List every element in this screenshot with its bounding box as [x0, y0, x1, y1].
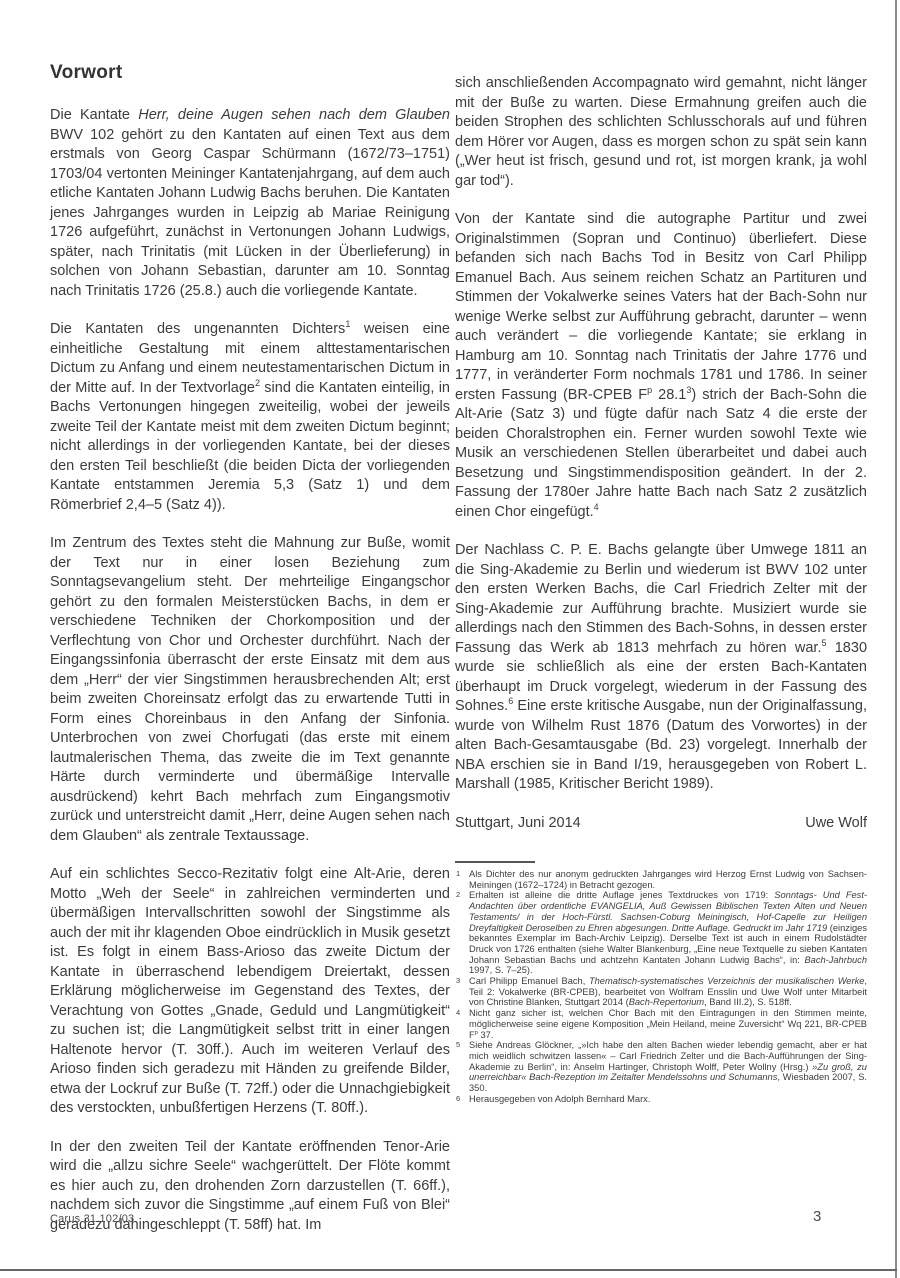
footnote: 4Nicht ganz sicher ist, welchen Chor Bac… [455, 1008, 867, 1040]
footnote-separator [455, 861, 535, 863]
footnote-text: Als Dichter des nur anonym gedruckten Ja… [469, 869, 867, 890]
paragraph: Die Kantaten des ungenannten Dichters1 w… [50, 320, 450, 515]
footnote-number: 2 [456, 890, 460, 901]
paragraph: Der Nachlass C. P. E. Bachs gelangte übe… [455, 541, 867, 795]
footnote-text: Erhalten ist alleine die dritte Auflage … [469, 890, 867, 975]
footnote: 6Herausgegeben von Adolph Bernhard Marx. [455, 1094, 867, 1105]
footnote-text: Siehe Andreas Glöckner, „»Ich habe den a… [469, 1040, 867, 1093]
document-page: Vorwort Die Kantate Herr, deine Augen se… [0, 0, 900, 1278]
signature-author: Uwe Wolf [805, 814, 867, 834]
footnote-number: 3 [456, 976, 460, 987]
right-column: sich anschließenden Accompagnato wird ge… [455, 74, 867, 1104]
page-title: Vorwort [50, 62, 450, 84]
footnote-number: 5 [456, 1040, 460, 1051]
signature-place-date: Stuttgart, Juni 2014 [455, 814, 581, 834]
paragraph: Die Kantate Herr, deine Augen sehen nach… [50, 106, 450, 301]
paragraph: Im Zentrum des Textes steht die Mahnung … [50, 534, 450, 846]
paragraph: Von der Kantate sind die autographe Part… [455, 210, 867, 522]
footnote: 3Carl Philipp Emanuel Bach, Thematisch-s… [455, 976, 867, 1008]
left-column: Vorwort Die Kantate Herr, deine Augen se… [50, 62, 450, 1235]
footnote: 2Erhalten ist alleine die dritte Auflage… [455, 890, 867, 976]
footnote-number: 1 [456, 869, 460, 880]
scan-edge-bottom [0, 1269, 897, 1271]
scan-edge-right [895, 0, 897, 1278]
paragraph: sich anschließenden Accompagnato wird ge… [455, 74, 867, 191]
footnotes-block: 1Als Dichter des nur anonym gedruckten J… [455, 869, 867, 1104]
footnote: 5Siehe Andreas Glöckner, „»Ich habe den … [455, 1040, 867, 1094]
footnote-text: Carl Philipp Emanuel Bach, Thematisch-sy… [469, 976, 867, 1007]
footnote-text: Nicht ganz sicher ist, welchen Chor Bach… [469, 1008, 867, 1039]
footnote: 1Als Dichter des nur anonym gedruckten J… [455, 869, 867, 890]
signature-line: Stuttgart, Juni 2014 Uwe Wolf [455, 814, 867, 834]
left-paragraphs: Die Kantate Herr, deine Augen sehen nach… [50, 106, 450, 1235]
footnote-text: Herausgegeben von Adolph Bernhard Marx. [469, 1094, 650, 1104]
footnote-number: 4 [456, 1008, 460, 1019]
footnote-number: 6 [456, 1094, 460, 1105]
right-paragraphs: sich anschließenden Accompagnato wird ge… [455, 74, 867, 795]
page-number: 3 [813, 1208, 821, 1225]
paragraph: Auf ein schlichtes Secco-Rezitativ folgt… [50, 865, 450, 1119]
edition-number: Carus 31.102/03 [50, 1213, 134, 1225]
